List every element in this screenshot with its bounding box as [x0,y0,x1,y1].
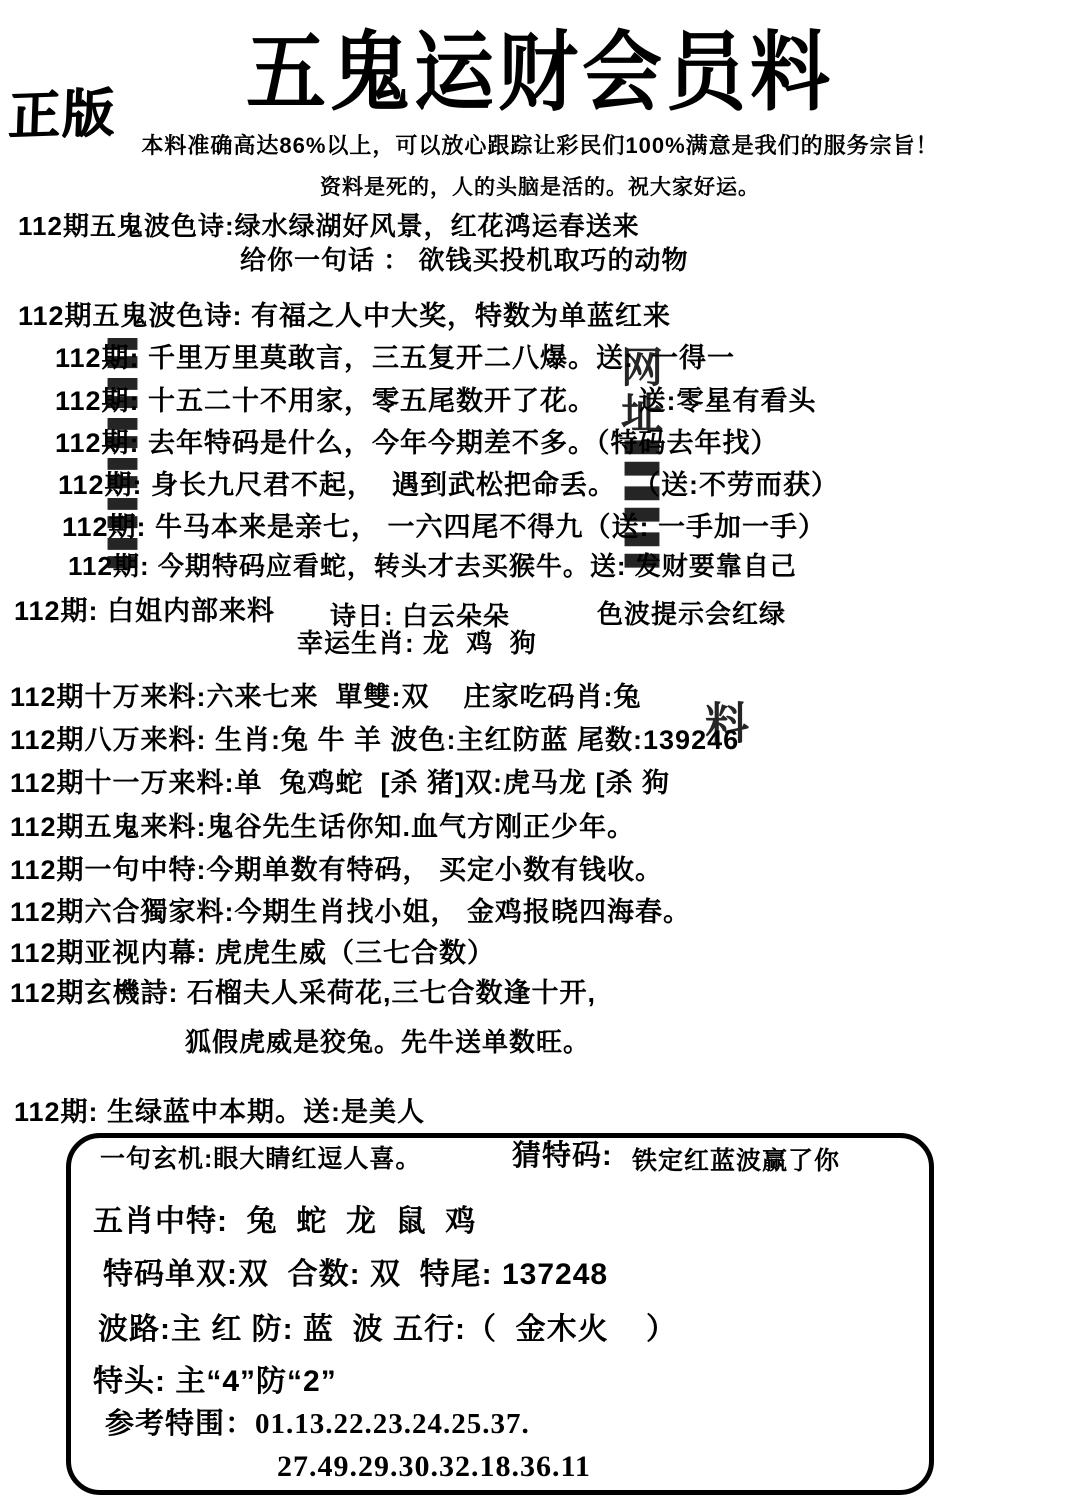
box-guess-special-label: 猜特码: [512,1140,613,1173]
scanned-lottery-sheet: 正版 五鬼运财会员料 本料准确高达86%以上，可以放心跟踪让彩民们100%满意是… [0,0,1080,1503]
box-five-zodiac: 五肖中特: 兔 蛇 龙 鼠 鸡 [93,1205,476,1240]
line-lucky-zodiac: 幸运生肖: 龙 鸡 狗 [297,629,537,659]
line-mystery-poem-2: 狐假虎威是狡兔。先牛送单数旺。 [185,1028,590,1058]
box-reference-numbers-2: 27.49.29.30.32.18.36.11 [277,1450,591,1485]
line-tip-2: 112期: 十五二十不用家，零五尾数开了花。 送:零星有看头 [55,386,817,417]
box-odd-even-tails: 特码单双:双 合数: 双 特尾: 137248 [103,1258,608,1293]
line-bose-poem-2: 112期五鬼波色诗: 有福之人中大奖，特数为单蓝红来 [18,301,671,332]
accuracy-subtitle: 本料准确高达86%以上，可以放心跟踪让彩民们100%满意是我们的服务宗旨！ [0,133,1080,158]
box-special-head: 特头: 主“4”防“2” [93,1365,337,1400]
line-100k-material: 112期十万来料:六来七来 單雙:双 庄家吃码肖:兔 [10,682,642,713]
line-tip-4: 112期: 身长九尺君不起， 遇到武松把命丢。 （送:不劳而获） [58,470,839,501]
box-one-sentence-mystery: 一句玄机:眼大睛红逗人喜。 [100,1145,421,1174]
line-mystery-poem: 112期玄機詩: 石榴夫人采荷花,三七合数逢十开, [10,978,596,1009]
line-wugui-material: 112期五鬼来料:鬼谷先生话你知.血气方刚正少年。 [10,812,635,843]
liao-overlay-watermark: 料 [700,700,744,748]
line-atv-insider: 112期亚视内幕: 虎虎生威（三七合数） [10,938,495,969]
url-watermark: 网址〓〓〓 [618,345,660,575]
line-110k-material: 112期十一万来料:单 兔鸡蛇 [杀 猪]双:虎马龙 [杀 狗 [10,768,670,799]
motto-line: 资料是死的，人的头脑是活的。祝大家好运。 [0,176,1080,200]
line-baijie-label: 112期: 白姐内部来料 [14,596,275,627]
line-one-sentence: 112期一句中特:今期单数有特码， 买定小数有钱收。 [10,855,663,886]
box-wave-path: 波路:主 红 防: 蓝 波 五行:（ 金木火 ） [98,1313,677,1348]
box-reference-numbers-1: 参考特围：01.13.22.23.24.25.37. [105,1408,530,1441]
page-title: 五鬼运财会员料 [0,24,1080,123]
line-tip-3: 112期: 去年特码是什么，今年今期差不多。（特码去年找） [55,428,779,459]
line-bose-poem-1b: 给你一句话 ： 欲钱买投机取巧的动物 [240,246,688,276]
left-illegible-watermark: 〓〓〓〓〓〓 [102,335,138,575]
line-tip-5: 112期: 牛马本来是亲七， 一六四尾不得九（送: 一手加一手） [62,512,826,543]
line-green-blue: 112期: 生绿蓝中本期。送:是美人 [14,1097,425,1128]
line-80k-material: 112期八万来料: 生肖:兔 牛 羊 波色:主红防蓝 尾数:139246 [10,725,739,756]
line-bose-poem-1: 112期五鬼波色诗:绿水绿湖好风景，红花鸿运春送来 [18,212,640,242]
line-tip-6: 112期: 今期特码应看蛇，转头才去买猴牛。送: 发财要靠自己 [68,552,797,582]
line-sebo-hint: 色波提示会红绿 [597,600,786,630]
box-guess-special-text: 铁定红蓝波赢了你 [632,1147,840,1176]
line-exclusive: 112期六合獨家料:今期生肖找小姐， 金鸡报晓四海春。 [10,897,691,928]
